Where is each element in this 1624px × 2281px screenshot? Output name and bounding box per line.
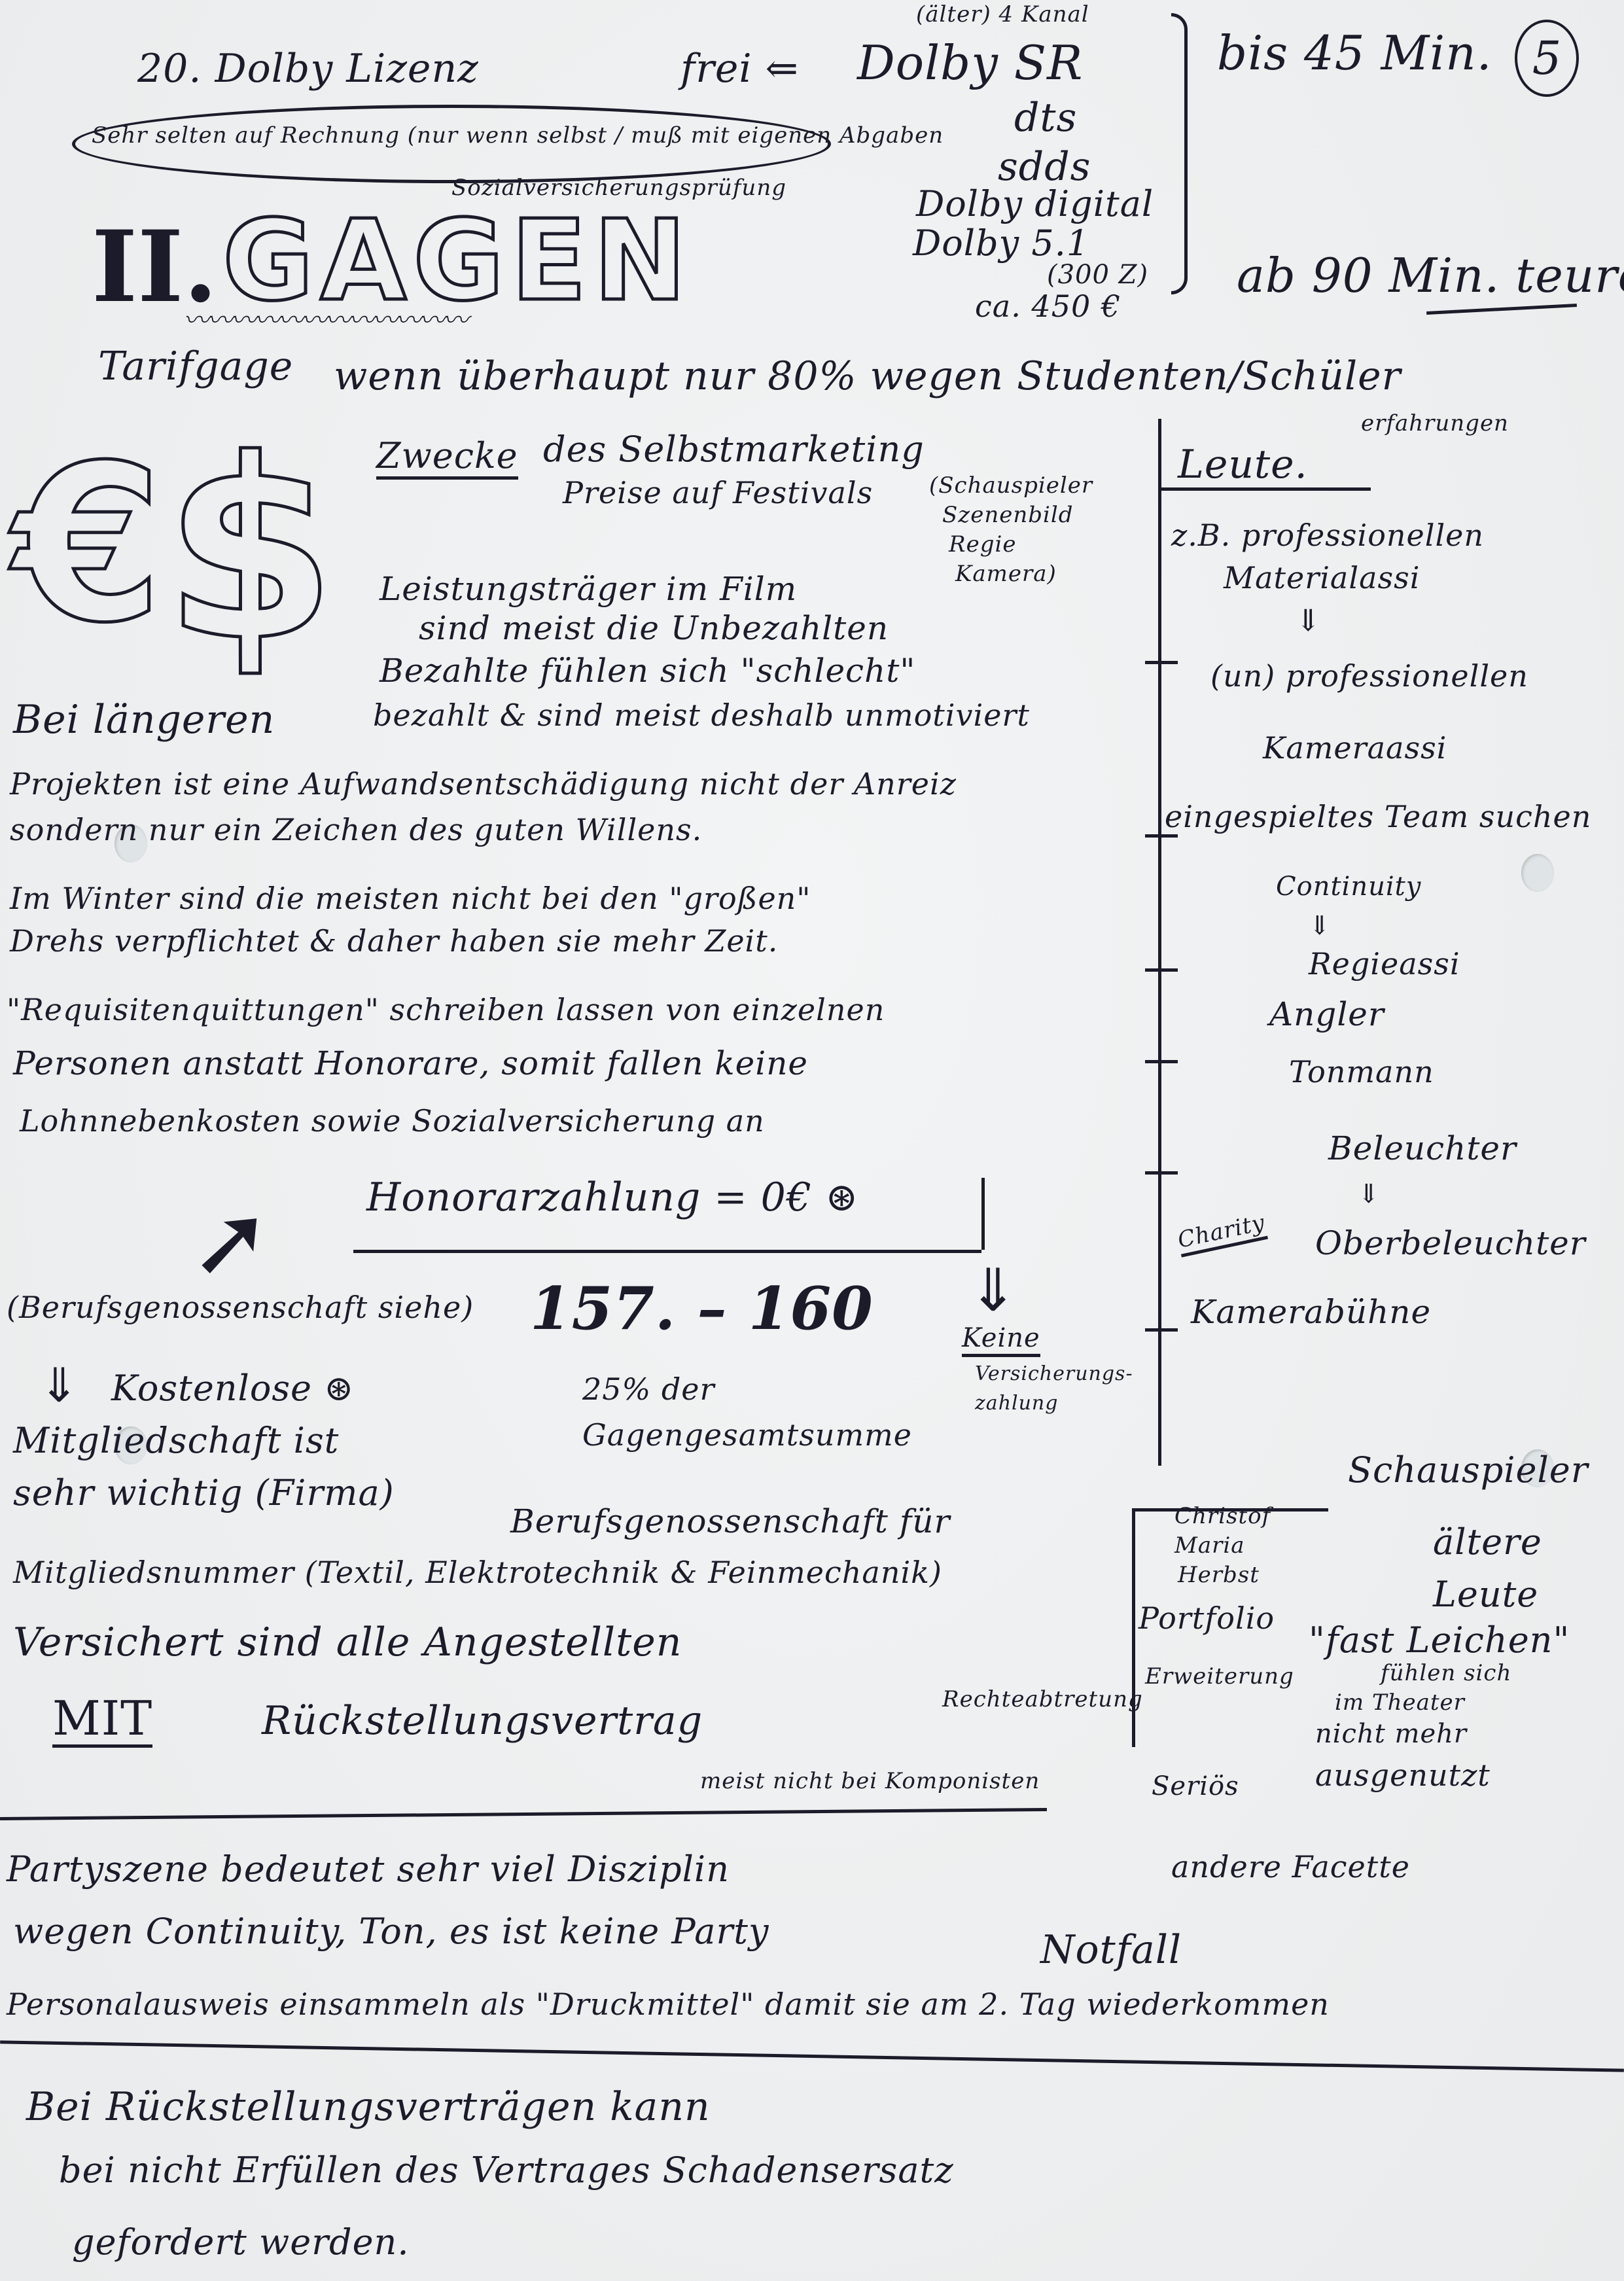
zwecke-item: des Selbstmarketing: [543, 432, 925, 467]
page-number: 5: [1515, 20, 1579, 97]
footer-line: gefordert werden.: [72, 2225, 410, 2260]
erweiterung: Erweiterung: [1145, 1665, 1294, 1688]
fuehlen: nicht mehr: [1315, 1721, 1467, 1747]
format-aelter: (älter) 4 Kanal: [916, 3, 1089, 26]
bis-45-min: bis 45 Min.: [1217, 29, 1492, 77]
punch-hole: [1521, 854, 1554, 892]
tarifgage-label: Tarifgage: [98, 347, 293, 386]
tarifgage-line: wenn überhaupt nur 80% wegen Studenten/S…: [334, 357, 1401, 396]
portfolio: Portfolio: [1139, 1603, 1275, 1633]
crew-item: (un) professionellen: [1210, 661, 1528, 691]
aeltere: Leute: [1433, 1577, 1538, 1612]
honorar-underline: [353, 1250, 981, 1253]
honorar-bracket: [981, 1178, 985, 1250]
erfahrungen: erfahrungen: [1361, 412, 1509, 434]
dolby-license-line: 20. Dolby Lizenz: [137, 49, 479, 88]
partyszene-line: Partyszene bedeutet sehr viel Disziplin: [7, 1852, 730, 1887]
ab-90-min: ab 90 Min. teurer: [1237, 252, 1624, 299]
crew-item: Beleuchter: [1328, 1132, 1517, 1165]
sozialversicherung-note: Sozialversicherungsprüfung: [451, 177, 786, 199]
notfall: Notfall: [1040, 1930, 1182, 1970]
schauspieler-box-left: [1132, 1512, 1135, 1747]
charity-note: Charity: [1176, 1211, 1268, 1257]
percent-note: Gagengesamtsumme: [582, 1420, 912, 1450]
crew-item: Oberbeleuchter: [1315, 1227, 1586, 1260]
euro-icon: €: [13, 419, 164, 670]
laengeren-line: Im Winter sind die meisten nicht bei den…: [10, 883, 811, 913]
format-dolby-sr: Dolby SR: [857, 39, 1083, 86]
divider: [0, 2040, 1624, 2072]
dollar-icon: $: [164, 406, 336, 696]
tick: [1145, 1060, 1178, 1063]
kostenlose-line: Mitgliedschaft ist: [13, 1423, 339, 1459]
double-arrow-down-icon: ⇓: [39, 1358, 79, 1413]
frei-arrow: frei ⇐: [680, 49, 799, 88]
laengeren-line: Projekten ist eine Aufwandsentschädigung…: [10, 769, 957, 799]
partyszene-line: wegen Continuity, Ton, es ist keine Part…: [13, 1914, 769, 1949]
versichert-line: Versichert sind alle Angestellten: [13, 1623, 682, 1662]
partyszene-line: Personalausweis einsammeln als "Druckmit…: [7, 1989, 1330, 2019]
laengeren-line: Bei längeren: [13, 700, 275, 739]
section-range: 157. – 160: [530, 1279, 874, 1338]
crew-item: z.B. professionellen: [1171, 520, 1484, 550]
andere-facette: andere Facette: [1171, 1852, 1410, 1882]
actor-name: Maria: [1174, 1534, 1244, 1557]
leistungstraeger-line: Leistungsträger im Film: [380, 573, 797, 605]
crew-item: ⇓: [1296, 605, 1322, 635]
schauspieler-title: Schauspieler: [1348, 1453, 1589, 1488]
crew-item: Kameraassi: [1263, 733, 1447, 763]
kostenlose-line: Kostenlose ⊛: [111, 1371, 354, 1406]
laengeren-line: Drehs verpflichtet & daher haben sie meh…: [10, 926, 778, 956]
format-dolby-digital: Dolby digital: [916, 186, 1154, 222]
keine-versicherung: zahlung: [975, 1394, 1058, 1413]
crew-item: ⇓: [1358, 1181, 1381, 1207]
footer-line: bei nicht Erfüllen des Vertrages Schaden…: [59, 2153, 954, 2188]
crew-item: Kamerabühne: [1191, 1296, 1431, 1328]
keine-versicherung: Versicherungs-: [975, 1364, 1133, 1384]
keine-versicherung: Keine: [962, 1325, 1040, 1357]
crew-item: Regieassi: [1309, 949, 1460, 979]
rueckstellung: Rückstellungsvertrag: [262, 1701, 703, 1741]
festival-role: Kamera): [955, 563, 1057, 585]
formats-bracket: [1171, 13, 1188, 294]
zwecke-item: Preise auf Festivals: [563, 478, 873, 508]
actor-name: Christof: [1174, 1505, 1271, 1527]
crew-item: Continuity: [1276, 874, 1421, 900]
festival-role: Regie: [949, 533, 1016, 556]
format-sdds: sdds: [998, 147, 1091, 186]
komponisten: meist nicht bei Komponisten: [700, 1770, 1040, 1792]
bg-fuer: Berufsgenossenschaft für: [510, 1505, 950, 1538]
laengeren-line: sondern nur ein Zeichen des guten Willen…: [10, 815, 702, 845]
right-column-divider: [1158, 419, 1161, 1466]
percent-note: 25% der: [582, 1374, 715, 1404]
crew-item: Materialassi: [1224, 563, 1420, 593]
mit-label: MIT: [52, 1695, 152, 1748]
divider: [0, 1808, 1047, 1820]
crew-item: eingespieltes Team suchen: [1165, 802, 1591, 832]
double-arrow-down-icon: ⇓: [968, 1256, 1017, 1325]
underline: [1426, 304, 1577, 315]
tick: [1145, 1328, 1178, 1332]
fuehlen: im Theater: [1335, 1691, 1465, 1714]
tick: [1145, 1171, 1178, 1175]
mitgliedsnummer: Mitgliedsnummer (Textil, Elektrotechnik …: [13, 1557, 942, 1587]
price-note: (300 Z): [1047, 262, 1148, 288]
crew-item: Tonmann: [1289, 1057, 1434, 1087]
format-dts: dts: [1014, 98, 1077, 137]
arrow-ne-icon: ➚: [190, 1184, 272, 1298]
aeltere: ältere: [1433, 1525, 1542, 1560]
leute: Leute.: [1178, 445, 1308, 484]
berufsgenossenschaft-ref: (Berufsgenossenschaft siehe): [7, 1292, 474, 1322]
leistungstraeger-line: bezahlt & sind meist deshalb unmotiviert: [373, 700, 1030, 730]
kostenlose-line: sehr wichtig (Firma): [13, 1476, 395, 1511]
honorarzahlung: Honorarzahlung = 0€ ⊛: [366, 1178, 858, 1217]
requisiten-line: Lohnnebenkosten sowie Sozialversicherung…: [20, 1106, 765, 1136]
format-dolby-51: Dolby 5.1: [913, 226, 1089, 261]
tick: [1145, 834, 1178, 838]
requisiten-line: Personen anstatt Honorare, somit fallen …: [13, 1047, 808, 1080]
requisiten-line: "Requisitenquittungen" schreiben lassen …: [7, 995, 885, 1025]
right-column-rule: [1161, 487, 1371, 491]
rechteabtretung: Rechteabtretung: [942, 1688, 1143, 1710]
festival-role: (Schauspieler: [929, 474, 1093, 497]
footer-line: Bei Rückstellungsverträgen kann: [26, 2087, 711, 2127]
crew-item: Angler: [1269, 998, 1385, 1031]
fuehlen: ausgenutzt: [1315, 1760, 1491, 1790]
leistungstraeger-line: sind meist die Unbezahlten: [419, 612, 889, 645]
leistungstraeger-line: Bezahlte fühlen sich "schlecht": [380, 654, 915, 687]
fuehlen: fühlen sich: [1381, 1662, 1511, 1684]
tick: [1145, 661, 1178, 664]
tick: [1145, 968, 1178, 972]
festival-role: Szenenbild: [942, 504, 1074, 526]
price: ca. 450 €: [975, 291, 1121, 321]
crew-item: ⇓: [1309, 913, 1332, 939]
bubble-text: Sehr selten auf Rechnung (nur wenn selbs…: [92, 124, 944, 147]
zwecke-label: Zwecke: [376, 438, 518, 480]
aeltere: "fast Leichen": [1309, 1623, 1570, 1658]
scanned-note-page: 20. Dolby Lizenz frei ⇐ (älter) 4 Kanal …: [0, 0, 1624, 2281]
actor-name: Herbst: [1178, 1564, 1260, 1586]
serioes: Seriös: [1152, 1773, 1239, 1799]
squiggle-underline: 〰〰〰〰〰〰〰〰〰〰〰〰: [183, 308, 466, 334]
